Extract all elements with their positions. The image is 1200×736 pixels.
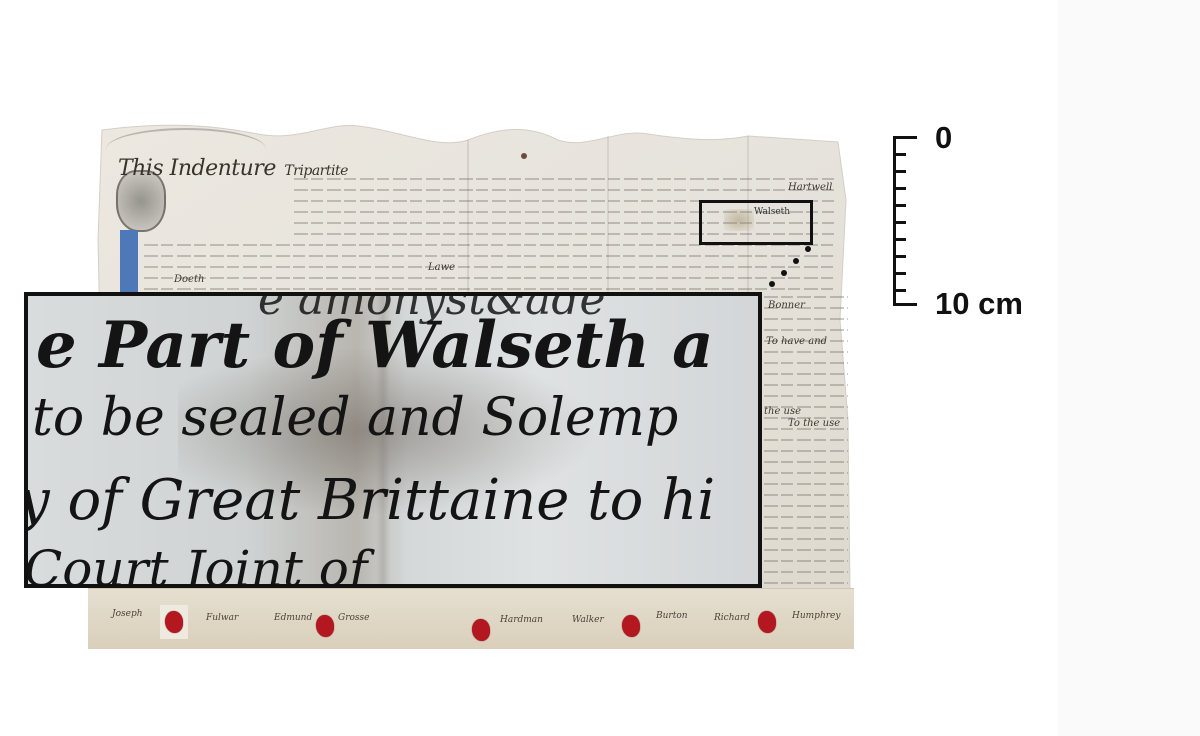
signature: Joseph xyxy=(112,609,143,619)
heading-title: This Indenture xyxy=(118,156,276,181)
highlighted-word: Walseth xyxy=(754,207,790,217)
inset-text-line: e Part of Walseth a xyxy=(36,308,714,383)
wax-seal-icon xyxy=(622,615,640,637)
scale-tick xyxy=(893,238,906,241)
signature: Fulwar xyxy=(206,613,238,623)
right-column-word: To the use xyxy=(788,418,840,429)
scale-tick xyxy=(893,272,906,275)
connector-dot xyxy=(805,246,811,252)
right-column-word: Bonner xyxy=(768,300,805,311)
wax-seal-icon xyxy=(165,611,183,633)
connector-dot xyxy=(793,258,799,264)
seal-strip: Joseph Fulwar Edmund Grosse Hardman Walk… xyxy=(88,588,854,649)
scale-tick-major xyxy=(893,303,917,306)
signature: Burton xyxy=(656,611,688,621)
inset-text-line: to be sealed and Solemp xyxy=(32,388,678,448)
signature: Grosse xyxy=(338,613,369,623)
scale-tick-major xyxy=(893,136,917,139)
wax-seal-icon xyxy=(316,615,334,637)
margin-word: Lawe xyxy=(428,262,455,273)
handwritten-text-block-right xyxy=(764,290,848,590)
margin-word: Doeth xyxy=(174,274,204,285)
scale-tick xyxy=(893,170,906,173)
signature: Hardman xyxy=(500,615,543,625)
inset-text-line: Court Joint of xyxy=(24,540,367,588)
right-margin-strip xyxy=(1058,0,1200,736)
magnified-inset: e amonyst&ade e Part of Walseth a to be … xyxy=(24,292,762,588)
signature: Humphrey xyxy=(792,611,840,621)
margin-word: Hartwell xyxy=(788,182,832,193)
scale-tick xyxy=(893,204,906,207)
connector-dot xyxy=(769,281,775,287)
detail-highlight-box: Walseth xyxy=(699,200,813,245)
handwritten-text-block-middle xyxy=(144,238,834,292)
right-column-word: To have and xyxy=(766,336,827,347)
inset-text-line: y of Great Brittaine to hi xyxy=(24,468,715,533)
scale-tick xyxy=(893,153,906,156)
signature: Edmund xyxy=(274,613,312,623)
right-column-word: the use xyxy=(764,406,801,417)
blue-margin-tab xyxy=(120,230,138,292)
connector-dot xyxy=(781,270,787,276)
scale-bar: 0 10 cm xyxy=(893,130,1073,320)
scale-label-ten-cm: 10 cm xyxy=(935,288,1023,319)
stain-mark xyxy=(724,209,754,231)
wax-seal-icon xyxy=(472,619,490,641)
scale-tick xyxy=(893,289,906,292)
signature: Richard xyxy=(714,613,750,623)
scale-tick xyxy=(893,255,906,258)
scale-label-zero: 0 xyxy=(935,122,952,153)
scale-tick xyxy=(893,221,906,224)
scale-tick xyxy=(893,187,906,190)
wax-seal-icon xyxy=(758,611,776,633)
signature: Walker xyxy=(572,615,604,625)
